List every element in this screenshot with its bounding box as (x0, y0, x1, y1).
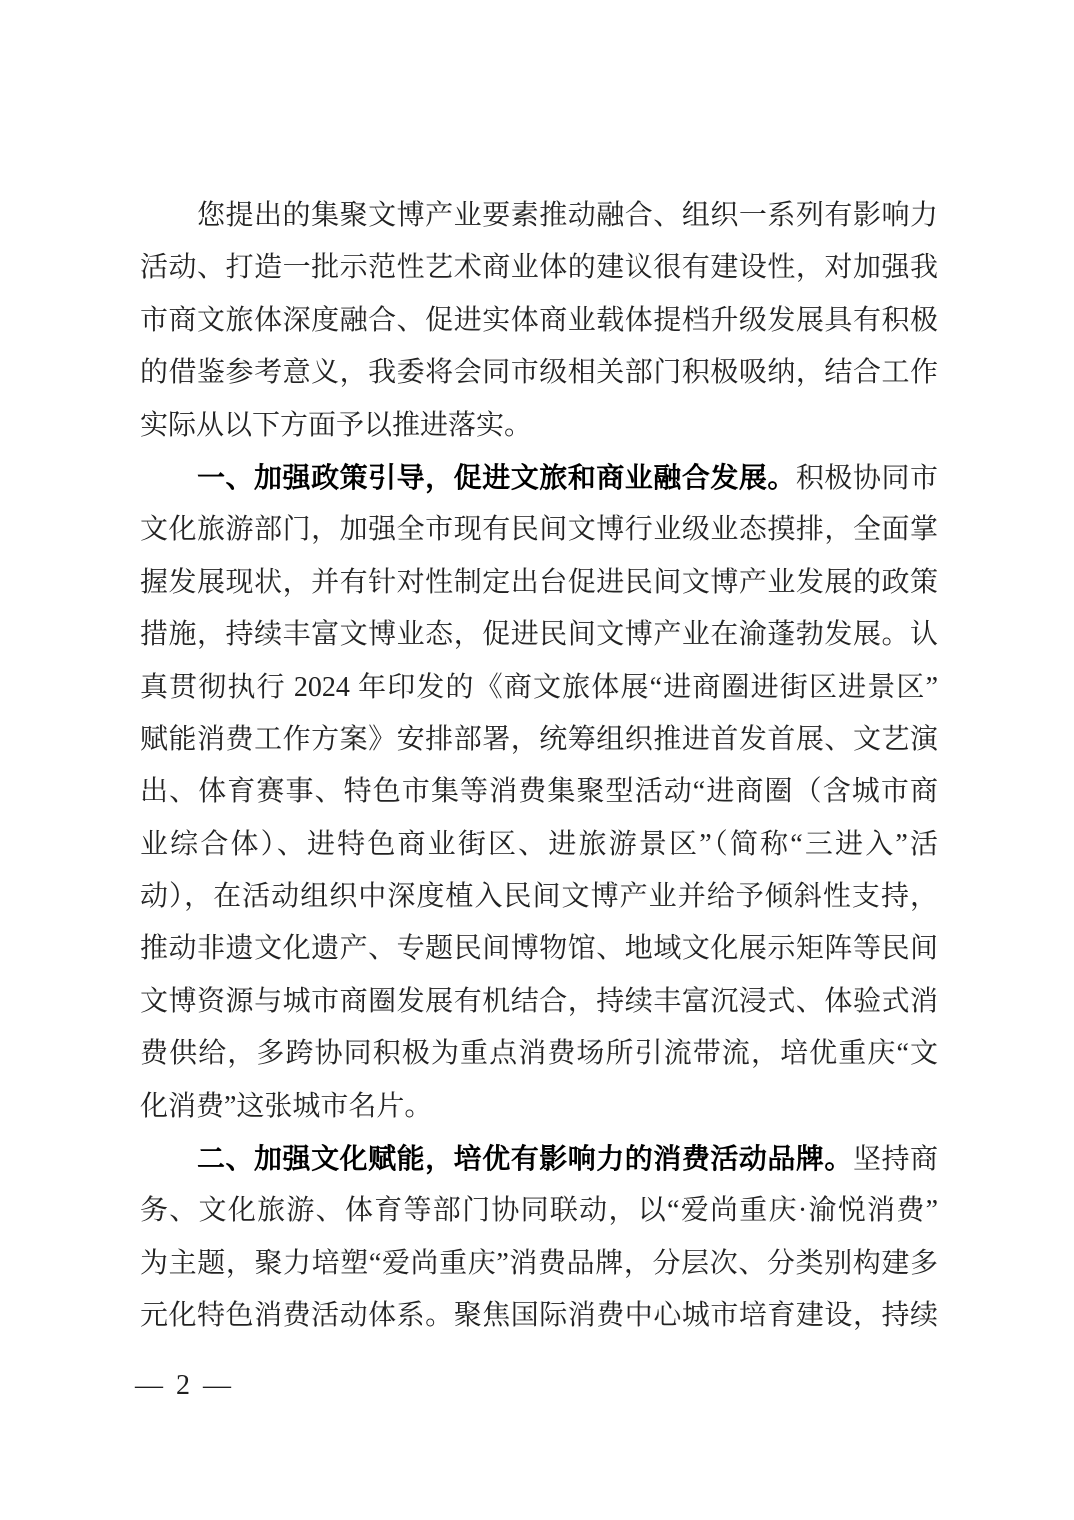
section-heading: 二、加强文化赋能，培优有影响力的消费活动品牌。 (197, 1142, 853, 1175)
text-line: 二、加强文化赋能，培优有影响力的消费活动品牌。坚持商 (140, 1133, 938, 1185)
body-text-segment: 推动非遗文化遗产、专题民间博物馆、地域文化展示矩阵等民间 (140, 933, 938, 964)
body-text-segment: 真贯彻执行 2024 年印发的《商文旅体展“进商圈进街区进景区” (140, 672, 938, 703)
text-line: 措施，持续丰富文博业态，促进民间文博产业在渝蓬勃发展。认 (140, 609, 938, 661)
body-text-segment: 活动、打造一批示范性艺术商业体的建议很有建设性，对加强我 (140, 252, 938, 283)
text-line: 出、体育赛事、特色市集等消费集聚型活动“进商圈（含城市商 (140, 766, 938, 818)
text-line: 真贯彻执行 2024 年印发的《商文旅体展“进商圈进街区进景区” (140, 662, 938, 714)
text-line: 动），在活动组织中深度植入民间文博产业并给予倾斜性支持， (140, 871, 938, 923)
body-text-segment: 握发展现状，并有针对性制定出台促进民间文博产业发展的政策 (140, 567, 938, 598)
text-line: 费供给，多跨协同积极为重点消费场所引流带流，培优重庆“文 (140, 1028, 938, 1080)
text-line: 化消费”这张城市名片。 (140, 1081, 938, 1133)
body-text-segment: 的借鉴参考意义，我委将会同市级相关部门积极吸纳，结合工作 (140, 357, 938, 388)
body-text-segment: 赋能消费工作方案》安排部署，统筹组织推进首发首展、文艺演 (140, 724, 938, 755)
paragraph-intro: 您提出的集聚文博产业要素推动融合、组织一系列有影响力活动、打造一批示范性艺术商业… (140, 190, 938, 452)
text-line: 赋能消费工作方案》安排部署，统筹组织推进首发首展、文艺演 (140, 714, 938, 766)
paragraph-section-1: 一、加强政策引导，促进文旅和商业融合发展。积极协同市文化旅游部门，加强全市现有民… (140, 452, 938, 1133)
body-text-segment: 文博资源与城市商圈发展有机结合，持续丰富沉浸式、体验式消 (140, 986, 938, 1017)
body-text-segment: 动），在活动组织中深度植入民间文博产业并给予倾斜性支持， (140, 881, 938, 912)
body-text-segment: 坚持商 (853, 1144, 938, 1175)
page-number: — 2 — (135, 1366, 234, 1406)
body-text-segment: 化消费”这张城市名片。 (140, 1091, 432, 1122)
text-line: 的借鉴参考意义，我委将会同市级相关部门积极吸纳，结合工作 (140, 347, 938, 399)
body-text-segment: 业综合体）、进特色商业街区、进旅游景区”（简称“三进入”活 (140, 829, 938, 860)
body-text-segment: 出、体育赛事、特色市集等消费集聚型活动“进商圈（含城市商 (140, 776, 938, 807)
document-page: 您提出的集聚文博产业要素推动融合、组织一系列有影响力活动、打造一批示范性艺术商业… (0, 0, 1074, 1520)
text-line: 为主题，聚力培塑“爱尚重庆”消费品牌，分层次、分类别构建多 (140, 1238, 938, 1290)
body-text-segment: 务、文化旅游、体育等部门协同联动，以“爱尚重庆·渝悦消费” (140, 1195, 938, 1226)
text-line: 文博资源与城市商圈发展有机结合，持续丰富沉浸式、体验式消 (140, 976, 938, 1028)
body-text-segment: 实际从以下方面予以推进落实。 (140, 410, 532, 441)
text-line: 一、加强政策引导，促进文旅和商业融合发展。积极协同市 (140, 452, 938, 504)
text-line: 您提出的集聚文博产业要素推动融合、组织一系列有影响力 (140, 190, 938, 242)
section-heading: 一、加强政策引导，促进文旅和商业融合发展。 (197, 461, 796, 494)
body-text-segment: 措施，持续丰富文博业态，促进民间文博产业在渝蓬勃发展。认 (140, 619, 938, 650)
body-text-segment: 元化特色消费活动体系。聚焦国际消费中心城市培育建设，持续 (140, 1300, 938, 1331)
body-text-segment: 为主题，聚力培塑“爱尚重庆”消费品牌，分层次、分类别构建多 (140, 1248, 938, 1279)
text-line: 文化旅游部门，加强全市现有民间文博行业级业态摸排，全面掌 (140, 504, 938, 556)
body-text-segment: 费供给，多跨协同积极为重点消费场所引流带流，培优重庆“文 (140, 1038, 938, 1069)
body-text-segment: 市商文旅体深度融合、促进实体商业载体提档升级发展具有积极 (140, 305, 938, 336)
text-line: 实际从以下方面予以推进落实。 (140, 400, 938, 452)
document-body: 您提出的集聚文博产业要素推动融合、组织一系列有影响力活动、打造一批示范性艺术商业… (140, 190, 938, 1343)
text-line: 握发展现状，并有针对性制定出台促进民间文博产业发展的政策 (140, 557, 938, 609)
text-line: 业综合体）、进特色商业街区、进旅游景区”（简称“三进入”活 (140, 819, 938, 871)
body-text-segment: 您提出的集聚文博产业要素推动融合、组织一系列有影响力 (197, 200, 938, 231)
text-line: 市商文旅体深度融合、促进实体商业载体提档升级发展具有积极 (140, 295, 938, 347)
text-line: 活动、打造一批示范性艺术商业体的建议很有建设性，对加强我 (140, 242, 938, 294)
text-line: 推动非遗文化遗产、专题民间博物馆、地域文化展示矩阵等民间 (140, 923, 938, 975)
body-text-segment: 积极协同市 (796, 463, 938, 494)
text-line: 元化特色消费活动体系。聚焦国际消费中心城市培育建设，持续 (140, 1290, 938, 1342)
text-line: 务、文化旅游、体育等部门协同联动，以“爱尚重庆·渝悦消费” (140, 1185, 938, 1237)
body-text-segment: 文化旅游部门，加强全市现有民间文博行业级业态摸排，全面掌 (140, 514, 938, 545)
paragraph-section-2: 二、加强文化赋能，培优有影响力的消费活动品牌。坚持商务、文化旅游、体育等部门协同… (140, 1133, 938, 1343)
